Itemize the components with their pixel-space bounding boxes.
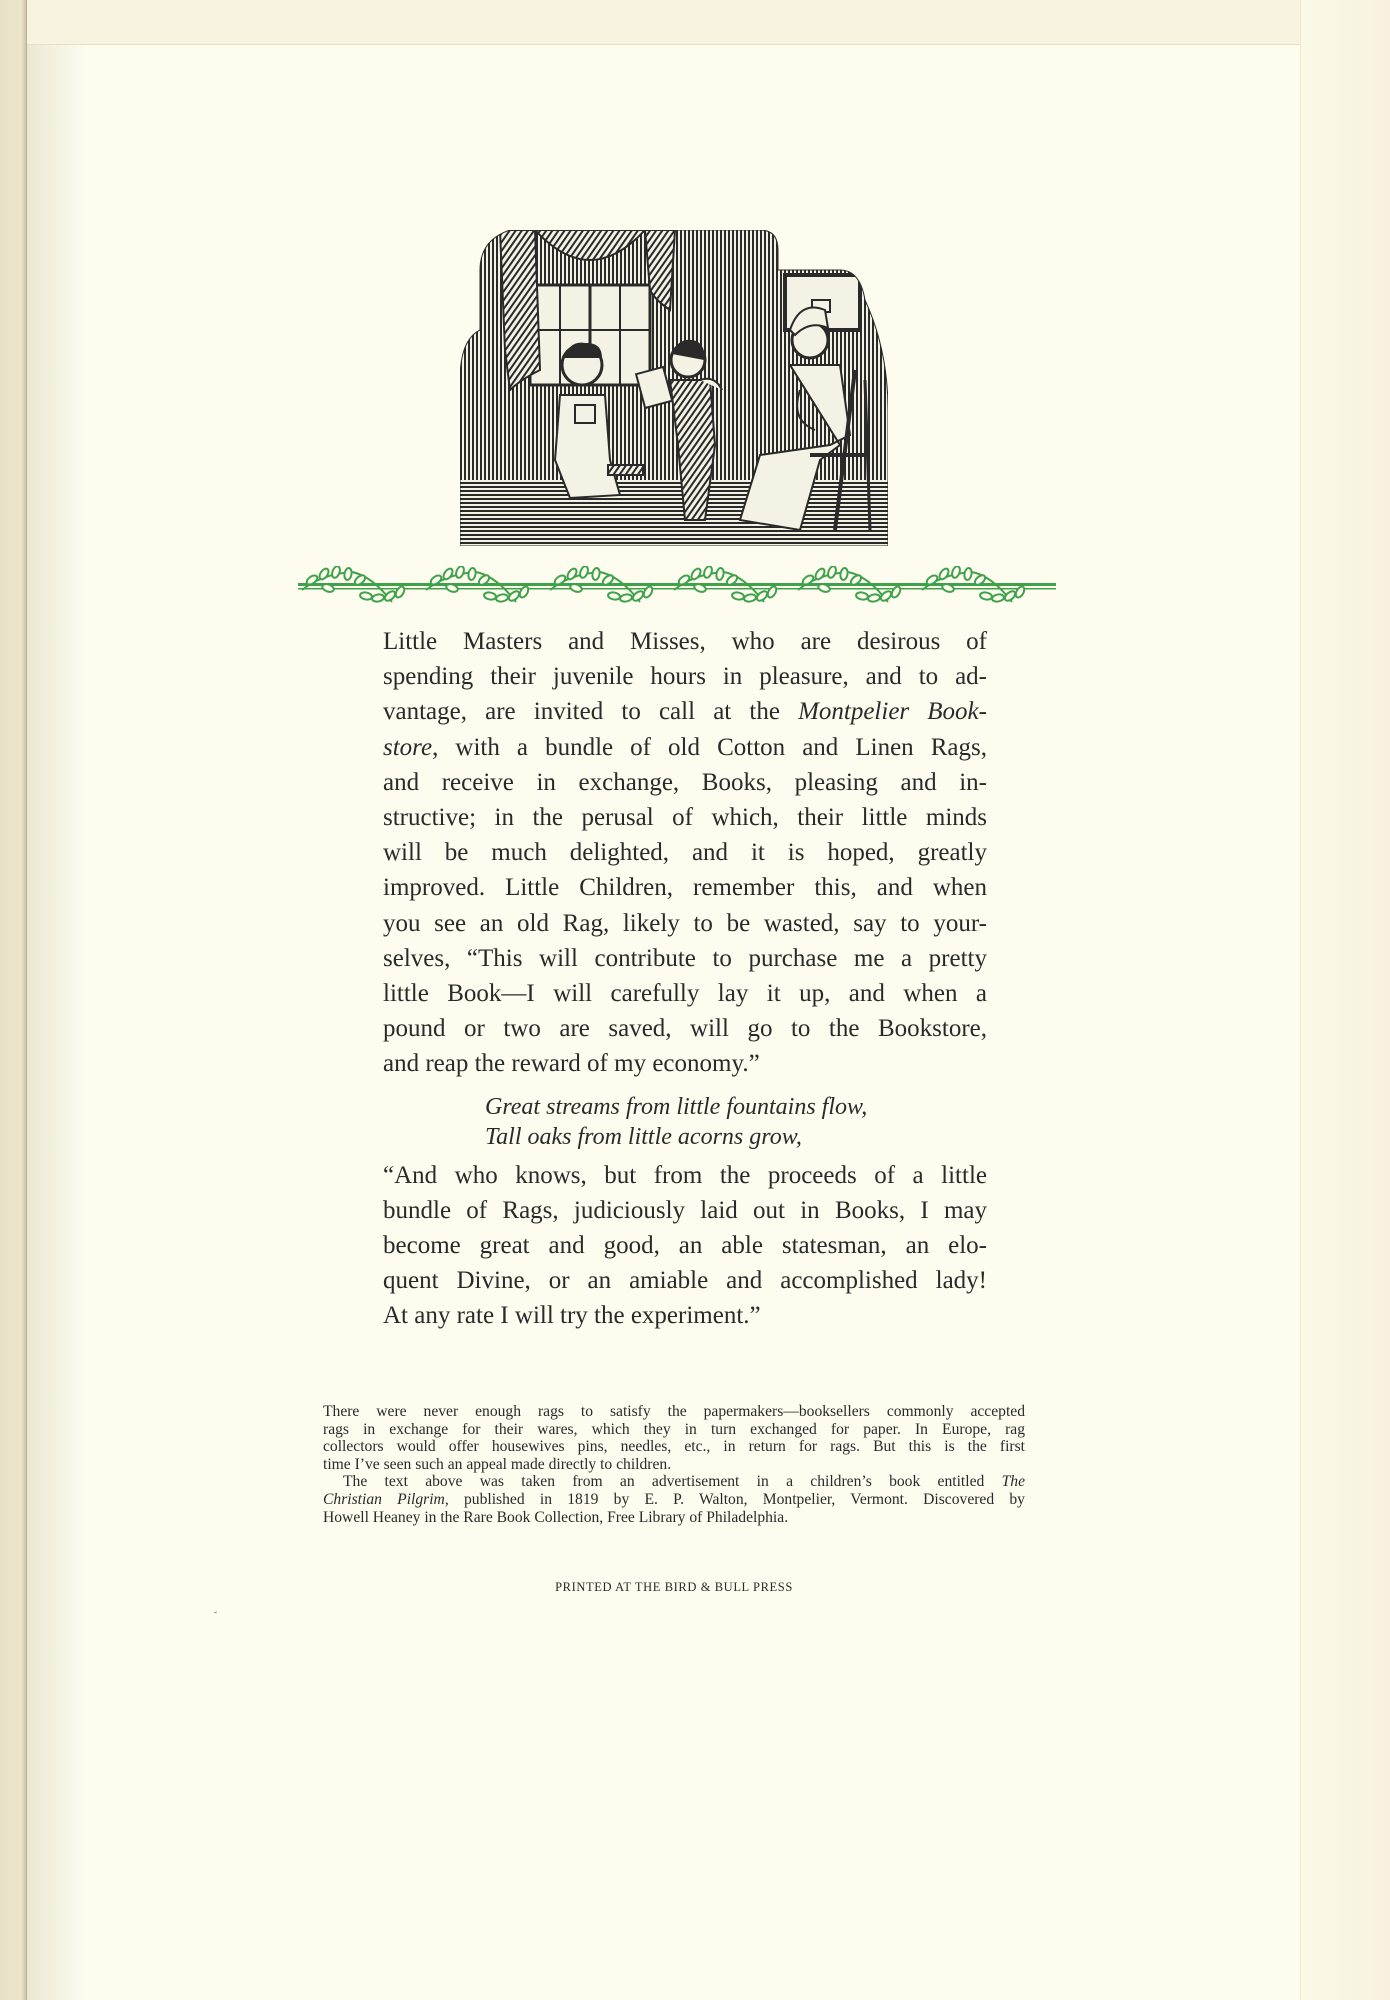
text-line: structive; in the perusal of which, thei… — [383, 800, 987, 835]
woodcut-illustration — [460, 230, 888, 546]
imprint-colophon: PRINTED AT THE BIRD & BULL PRESS — [323, 1580, 1025, 1595]
text-fragment: vantage, are invited to call at the — [383, 698, 798, 725]
text-line: pound or two are saved, will go to the B… — [383, 1011, 987, 1046]
footnote-line: Christian Pilgrim, published in 1819 by … — [323, 1491, 1025, 1509]
footnote-line: The text above was taken from an adverti… — [323, 1473, 1025, 1491]
footnote: There were never enough rags to satisfy … — [323, 1403, 1025, 1526]
text-line: and reap the reward of my economy.” — [383, 1046, 987, 1081]
woodcut-engraving-icon — [460, 230, 888, 546]
text-line: and receive in exchange, Books, pleasing… — [383, 765, 987, 800]
store-name-italic-end: store — [383, 734, 432, 761]
text-fragment: , with a bundle of old Cotton and Linen … — [432, 734, 987, 761]
book-title-italic: Christian Pilgrim — [323, 1491, 445, 1508]
store-name-italic: Montpelier Book- — [798, 698, 987, 725]
book-gutter — [0, 0, 27, 2000]
text-line: you see an old Rag, likely to be wasted,… — [383, 906, 987, 941]
text-line: spending their juvenile hours in pleasur… — [383, 659, 987, 694]
text-line: little Book—I will carefully lay it up, … — [383, 976, 987, 1011]
footnote-line: rags in exchange for their wares, which … — [323, 1421, 1025, 1439]
verse-couplet: Great streams from little fountains flow… — [383, 1092, 987, 1152]
advertisement-text: Little Masters and Misses, who are desir… — [383, 624, 987, 1334]
text-line: become great and good, an able statesman… — [383, 1228, 987, 1263]
paper-speck — [214, 1612, 217, 1614]
verse-line: Tall oaks from little acorns grow, — [485, 1122, 987, 1152]
book-title-italic: The — [1002, 1473, 1025, 1490]
text-line: Little Masters and Misses, who are desir… — [383, 624, 987, 659]
page-right-edge — [1300, 0, 1390, 2000]
text-line: quent Divine, or an amiable and accompli… — [383, 1263, 987, 1298]
gutter-shadow — [27, 0, 87, 2000]
footnote-fragment: The text above was taken from an adverti… — [343, 1473, 1002, 1490]
text-line: At any rate I will try the experiment.” — [383, 1298, 987, 1333]
footnote-line: Howell Heaney in the Rare Book Collectio… — [323, 1509, 1025, 1527]
text-line: selves, “This will contribute to purchas… — [383, 941, 987, 976]
text-line: bundle of Rags, judiciously laid out in … — [383, 1193, 987, 1228]
text-line: will be much delighted, and it is hoped,… — [383, 835, 987, 870]
text-line: “And who knows, but from the proceeds of… — [383, 1158, 987, 1193]
footnote-line: There were never enough rags to satisfy … — [323, 1403, 1025, 1421]
page-top-edge — [27, 0, 1390, 45]
footnote-line: time I’ve seen such an appeal made direc… — [323, 1456, 1025, 1474]
verse-line: Great streams from little fountains flow… — [485, 1092, 987, 1122]
footnote-fragment: , published in 1819 by E. P. Walton, Mon… — [445, 1491, 1025, 1508]
text-line: store, with a bundle of old Cotton and L… — [383, 730, 987, 765]
laurel-vine-ornament — [298, 566, 1056, 606]
footnote-line: collectors would offer housewives pins, … — [323, 1438, 1025, 1456]
text-line: vantage, are invited to call at the Mont… — [383, 694, 987, 729]
laurel-vine-border-icon — [298, 566, 1056, 606]
text-line: improved. Little Children, remember this… — [383, 870, 987, 905]
